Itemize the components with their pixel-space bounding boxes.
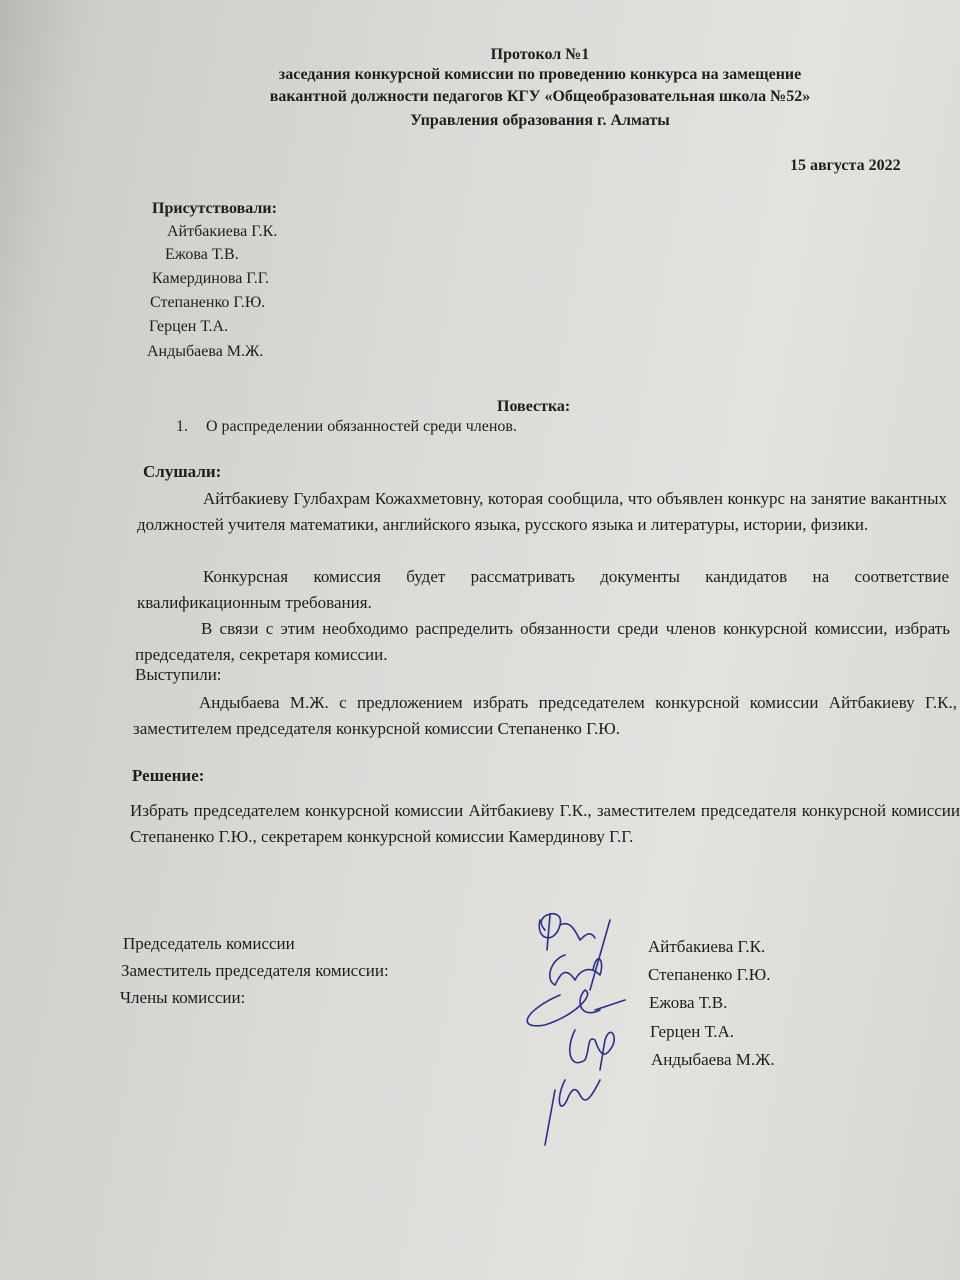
present-member: Степаненко Г.Ю. [150,294,265,312]
document-date: 15 августа 2022 [790,157,901,175]
heard-paragraph: Конкурсная комиссия будет рассматривать … [137,564,949,616]
signature-name: Герцен Т.А. [650,1022,734,1042]
decision-heading: Решение: [132,766,204,786]
signature-label-members: Члены комиссии: [120,988,245,1008]
decision-paragraph: Избрать председателем конкурсной комисси… [130,798,960,850]
signature-label-deputy: Заместитель председателя комиссии: [121,961,389,981]
document-page: Протокол №1 заседания конкурсной комисси… [0,0,960,1280]
present-member: Айтбакиева Г.К. [167,223,277,241]
signature-name: Степаненко Г.Ю. [648,965,771,985]
present-member: Андыбаева М.Ж. [147,343,263,361]
heard-paragraph: В связи с этим необходимо распределить о… [135,616,950,668]
signature-name: Андыбаева М.Ж. [651,1050,775,1070]
present-member: Ежова Т.В. [165,246,239,264]
handwritten-signatures-icon [505,900,645,1150]
spoke-heading: Выступили: [135,665,222,685]
document-subtitle-line-1: заседания конкурсной комиссии по проведе… [60,66,960,84]
agenda-item: 1.О распределении обязанностей среди чле… [176,418,517,436]
present-heading: Присутствовали: [152,200,277,218]
agenda-item-text: О распределении обязанностей среди члено… [206,418,517,435]
heard-heading: Слушали: [143,462,221,482]
document-subtitle-line-3: Управления образования г. Алматы [60,112,960,130]
spoke-paragraph: Андыбаева М.Ж. с предложением избрать пр… [133,690,957,742]
signature-name: Айтбакиева Г.К. [648,937,765,957]
signature-label-chair: Председатель комиссии [123,934,295,954]
document-title: Протокол №1 [60,46,960,64]
agenda-heading: Повестка: [497,398,570,416]
document-subtitle-line-2: вакантной должности педагогов КГУ «Общео… [60,88,960,106]
present-member: Камердинова Г.Г. [152,270,269,288]
heard-paragraph: Айтбакиеву Гулбахрам Кожахметовну, котор… [137,486,947,538]
present-member: Герцен Т.А. [149,318,228,336]
agenda-item-number: 1. [176,418,206,436]
signature-name: Ежова Т.В. [649,993,727,1013]
